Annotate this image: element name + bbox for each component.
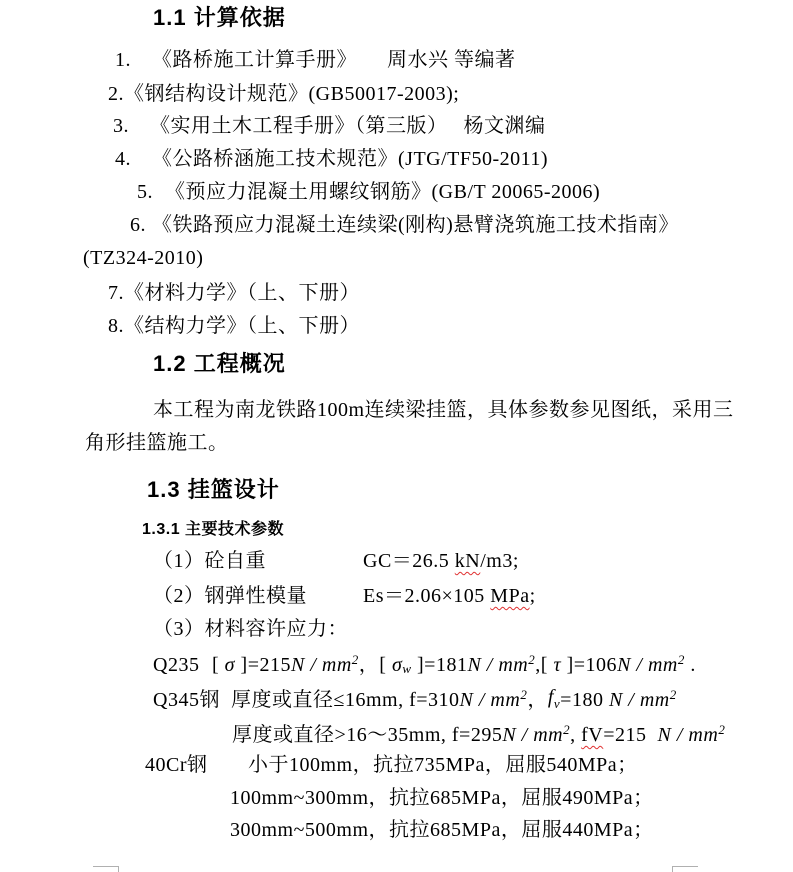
steel-grade-label: Q345钢 (153, 688, 231, 712)
ref-number: 5. (137, 180, 165, 204)
reference-item-1: 1.《路桥施工计算手册》周水兴 等编著 (115, 48, 516, 72)
ref-number: 6. (130, 213, 152, 237)
ref-number: 1. (115, 48, 152, 72)
overview-paragraph-line-2: 角形挂篮施工。 (85, 431, 229, 455)
reference-item-5: 5.《预应力混凝土用螺纹钢筋》(GB/T 20065-2006) (137, 180, 600, 204)
q235-allowable-stress-line: Q235[ σ ]=215N / mm2，[ σw ]=181N / mm2,[… (153, 648, 696, 681)
cr40-strength-line-2: 100mm~300mm，抗拉685MPa，屈服490MPa； (230, 786, 654, 810)
param-name: （1）砼自重 (153, 549, 363, 573)
param-name: （2）钢弹性模量 (153, 584, 363, 608)
cr40-strength-line-3: 300mm~500mm，抗拉685MPa，屈服440MPa； (230, 818, 654, 842)
reference-item-3: 3.《实用土木工程手册》（第三版）杨文渊编 (113, 114, 546, 138)
reference-item-7: 7.《材料力学》（上、下册） (108, 281, 360, 305)
ref-title: 《预应力混凝土用螺纹钢筋》(GB/T 20065-2006) (165, 181, 600, 203)
stress-formula: [ σ ]=215N / mm2，[ σw ]=181N / mm2,[ τ ]… (212, 654, 696, 676)
document-page: 1.1 计算依据 1.《路桥施工计算手册》周水兴 等编著 2.《钢结构设计规范》… (0, 0, 793, 872)
cr40-strength-line-1: 40Cr钢小于100mm，抗拉735MPa，屈服540MPa； (145, 753, 638, 777)
param-value: GC＝26.5 kN/m3; (363, 550, 519, 572)
strength-values: 小于100mm，抗拉735MPa，屈服540MPa； (248, 754, 638, 776)
heading-project-overview: 1.2 工程概况 (153, 352, 286, 376)
ref-title: 《公路桥涵施工技术规范》(JTG/TF50-2011) (152, 148, 548, 170)
heading-basket-design: 1.3 挂篮设计 (147, 478, 280, 502)
param-value: Es＝2.06×105 MPa; (363, 585, 536, 607)
stress-formula: 厚度或直径≤16mm, f=310N / mm2，fv=180 N / mm2 (231, 689, 677, 711)
overview-paragraph-line-1: 本工程为南龙铁路100m连续梁挂篮，具体参数参见图纸，采用三 (153, 398, 734, 422)
page-margin-mark-bottom-right (672, 866, 698, 872)
reference-item-4: 4.《公路桥涵施工技术规范》(JTG/TF50-2011) (115, 147, 548, 171)
param-concrete-self-weight: （1）砼自重GC＝26.5 kN/m3; (153, 549, 519, 573)
page-margin-mark-bottom-left (93, 866, 119, 872)
ref-title: 《路桥施工计算手册》 (152, 49, 357, 71)
param-allowable-stress-heading: （3）材料容许应力： (153, 617, 348, 641)
q345-strength-line-2: 厚度或直径>16～35mm, f=295N / mm2, fV=215 N / … (232, 718, 725, 747)
heading-main-technical-parameters: 1.3.1 主要技术参数 (142, 518, 284, 542)
ref-title: 《铁路预应力混凝土连续梁(刚构)悬臂浇筑施工技术指南》 (152, 214, 679, 236)
reference-item-2: 2.《钢结构设计规范》(GB50017-2003); (108, 82, 459, 106)
ref-number: 4. (115, 147, 152, 171)
steel-grade-label: 40Cr钢 (145, 753, 248, 777)
reference-item-8: 8.《结构力学》（上、下册） (108, 314, 360, 338)
heading-calc-basis: 1.1 计算依据 (153, 6, 286, 30)
param-steel-elastic-modulus: （2）钢弹性模量Es＝2.06×105 MPa; (153, 584, 536, 608)
ref-author: 周水兴 等编著 (387, 49, 516, 71)
reference-item-6-continuation: (TZ324-2010) (83, 246, 203, 270)
ref-author: 杨文渊编 (464, 115, 546, 137)
reference-item-6: 6.《铁路预应力混凝土连续梁(刚构)悬臂浇筑施工技术指南》 (130, 213, 679, 237)
ref-number: 3. (113, 114, 150, 138)
ref-title: 《实用土木工程手册》（第三版） (150, 115, 448, 137)
q345-strength-line-1: Q345钢厚度或直径≤16mm, f=310N / mm2，fv=180 N /… (153, 683, 677, 716)
steel-grade-label: Q235 (153, 653, 212, 677)
